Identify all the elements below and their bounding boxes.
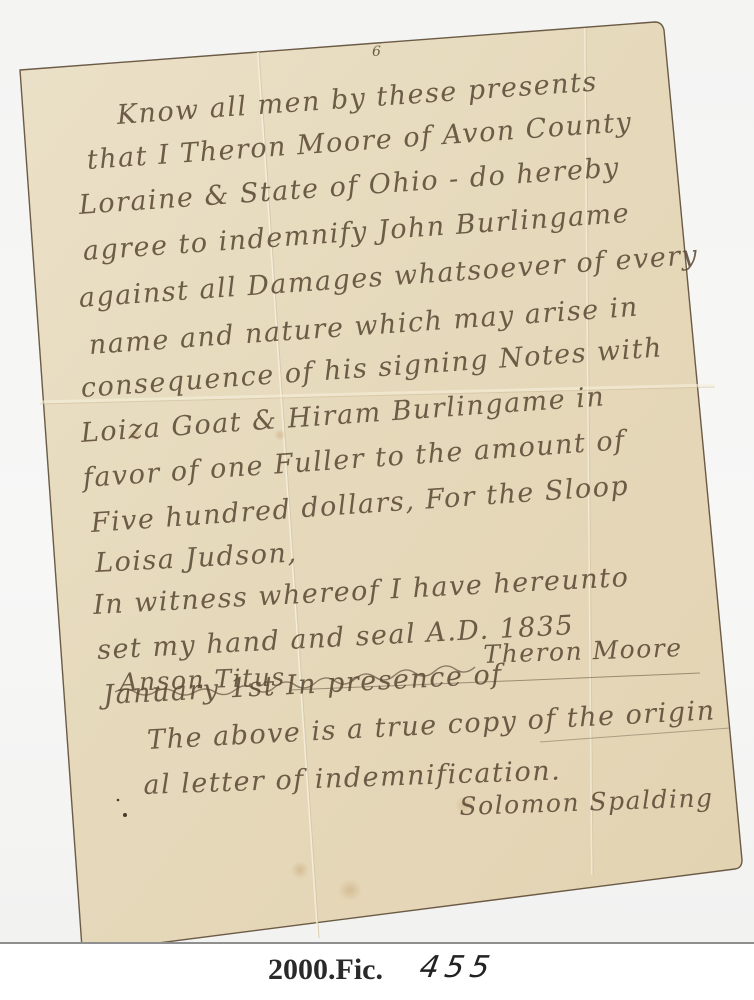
catalog-handwritten-number: 455 [417, 950, 498, 985]
page-mark: 6 [372, 44, 382, 60]
witness-anson-titus: Anson Titus [119, 662, 286, 697]
catalog-label: 2000.Fic. [268, 953, 383, 987]
